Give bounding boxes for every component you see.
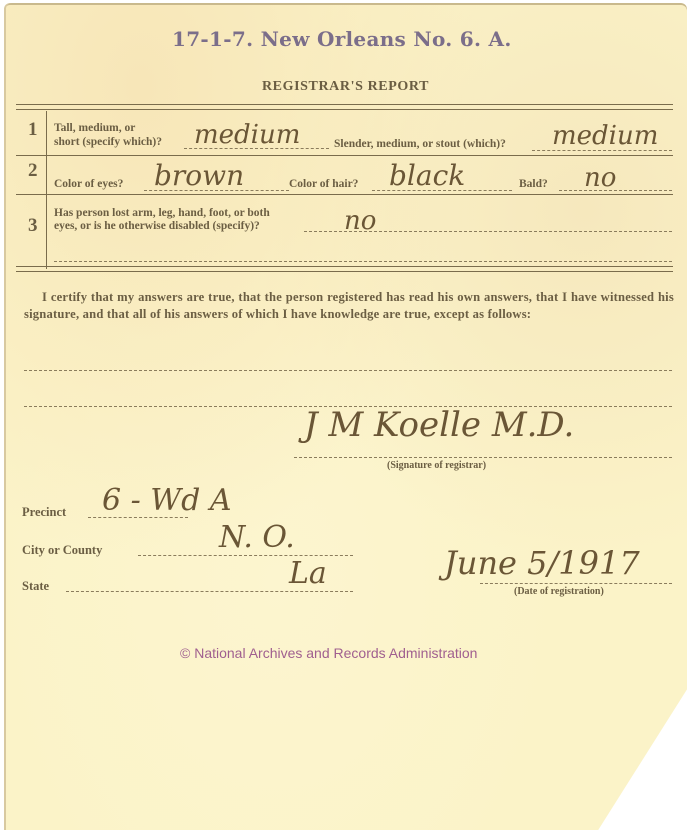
registration-date: June 5/1917 <box>444 544 640 582</box>
certification-text: I certify that my answers are true, that… <box>24 289 674 323</box>
table-top-rule <box>16 104 673 110</box>
registrar-signature: J M Koelle M.D. <box>304 405 574 445</box>
eye-color-answer: brown <box>154 159 244 192</box>
height-question-line1: Tall, medium, or <box>54 122 135 135</box>
eye-color-question: Color of eyes? <box>54 178 123 191</box>
height-answer: medium <box>194 120 300 150</box>
build-question: Slender, medium, or stout (which)? <box>334 138 506 151</box>
row-divider-1 <box>16 155 673 156</box>
precinct-label: Precinct <box>22 506 66 519</box>
row-number: 1 <box>28 119 38 141</box>
date-line <box>480 583 672 584</box>
build-answer: medium <box>552 121 658 151</box>
disability-answer: no <box>344 206 376 236</box>
date-caption: (Date of registration) <box>514 586 604 597</box>
page-title: REGISTRAR'S REPORT <box>4 79 687 95</box>
disability-question-line2: eyes, or is he otherwise disabled (speci… <box>54 220 260 233</box>
city-county-value: N. O. <box>219 520 295 555</box>
city-county-label: City or County <box>22 544 102 557</box>
table-number-divider <box>46 111 47 269</box>
signature-line <box>294 457 672 458</box>
registration-card: 17-1-7. New Orleans No. 6. A. REGISTRAR'… <box>4 3 687 830</box>
exceptions-line-1 <box>24 370 672 371</box>
row-divider-2 <box>16 194 673 195</box>
precinct-value: 6 - Wd A <box>102 483 232 518</box>
state-line <box>66 591 353 592</box>
disability-question-line1: Has person lost arm, leg, hand, foot, or… <box>54 207 270 220</box>
state-label: State <box>22 580 49 593</box>
bald-question: Bald? <box>519 178 548 191</box>
row-number: 2 <box>28 160 38 182</box>
row-number: 3 <box>28 215 38 237</box>
copyright-watermark: © National Archives and Records Administ… <box>180 645 477 661</box>
hair-color-answer: black <box>389 159 465 192</box>
serial-stamp: 17-1-7. New Orleans No. 6. A. <box>172 27 512 51</box>
bald-answer: no <box>584 163 616 193</box>
state-value: La <box>289 556 327 591</box>
signature-caption: (Signature of registrar) <box>387 460 486 471</box>
disability-extra-line <box>54 261 672 262</box>
table-bottom-rule <box>16 266 673 272</box>
height-question-line2: short (specify which)? <box>54 136 162 149</box>
hair-color-question: Color of hair? <box>289 178 358 191</box>
